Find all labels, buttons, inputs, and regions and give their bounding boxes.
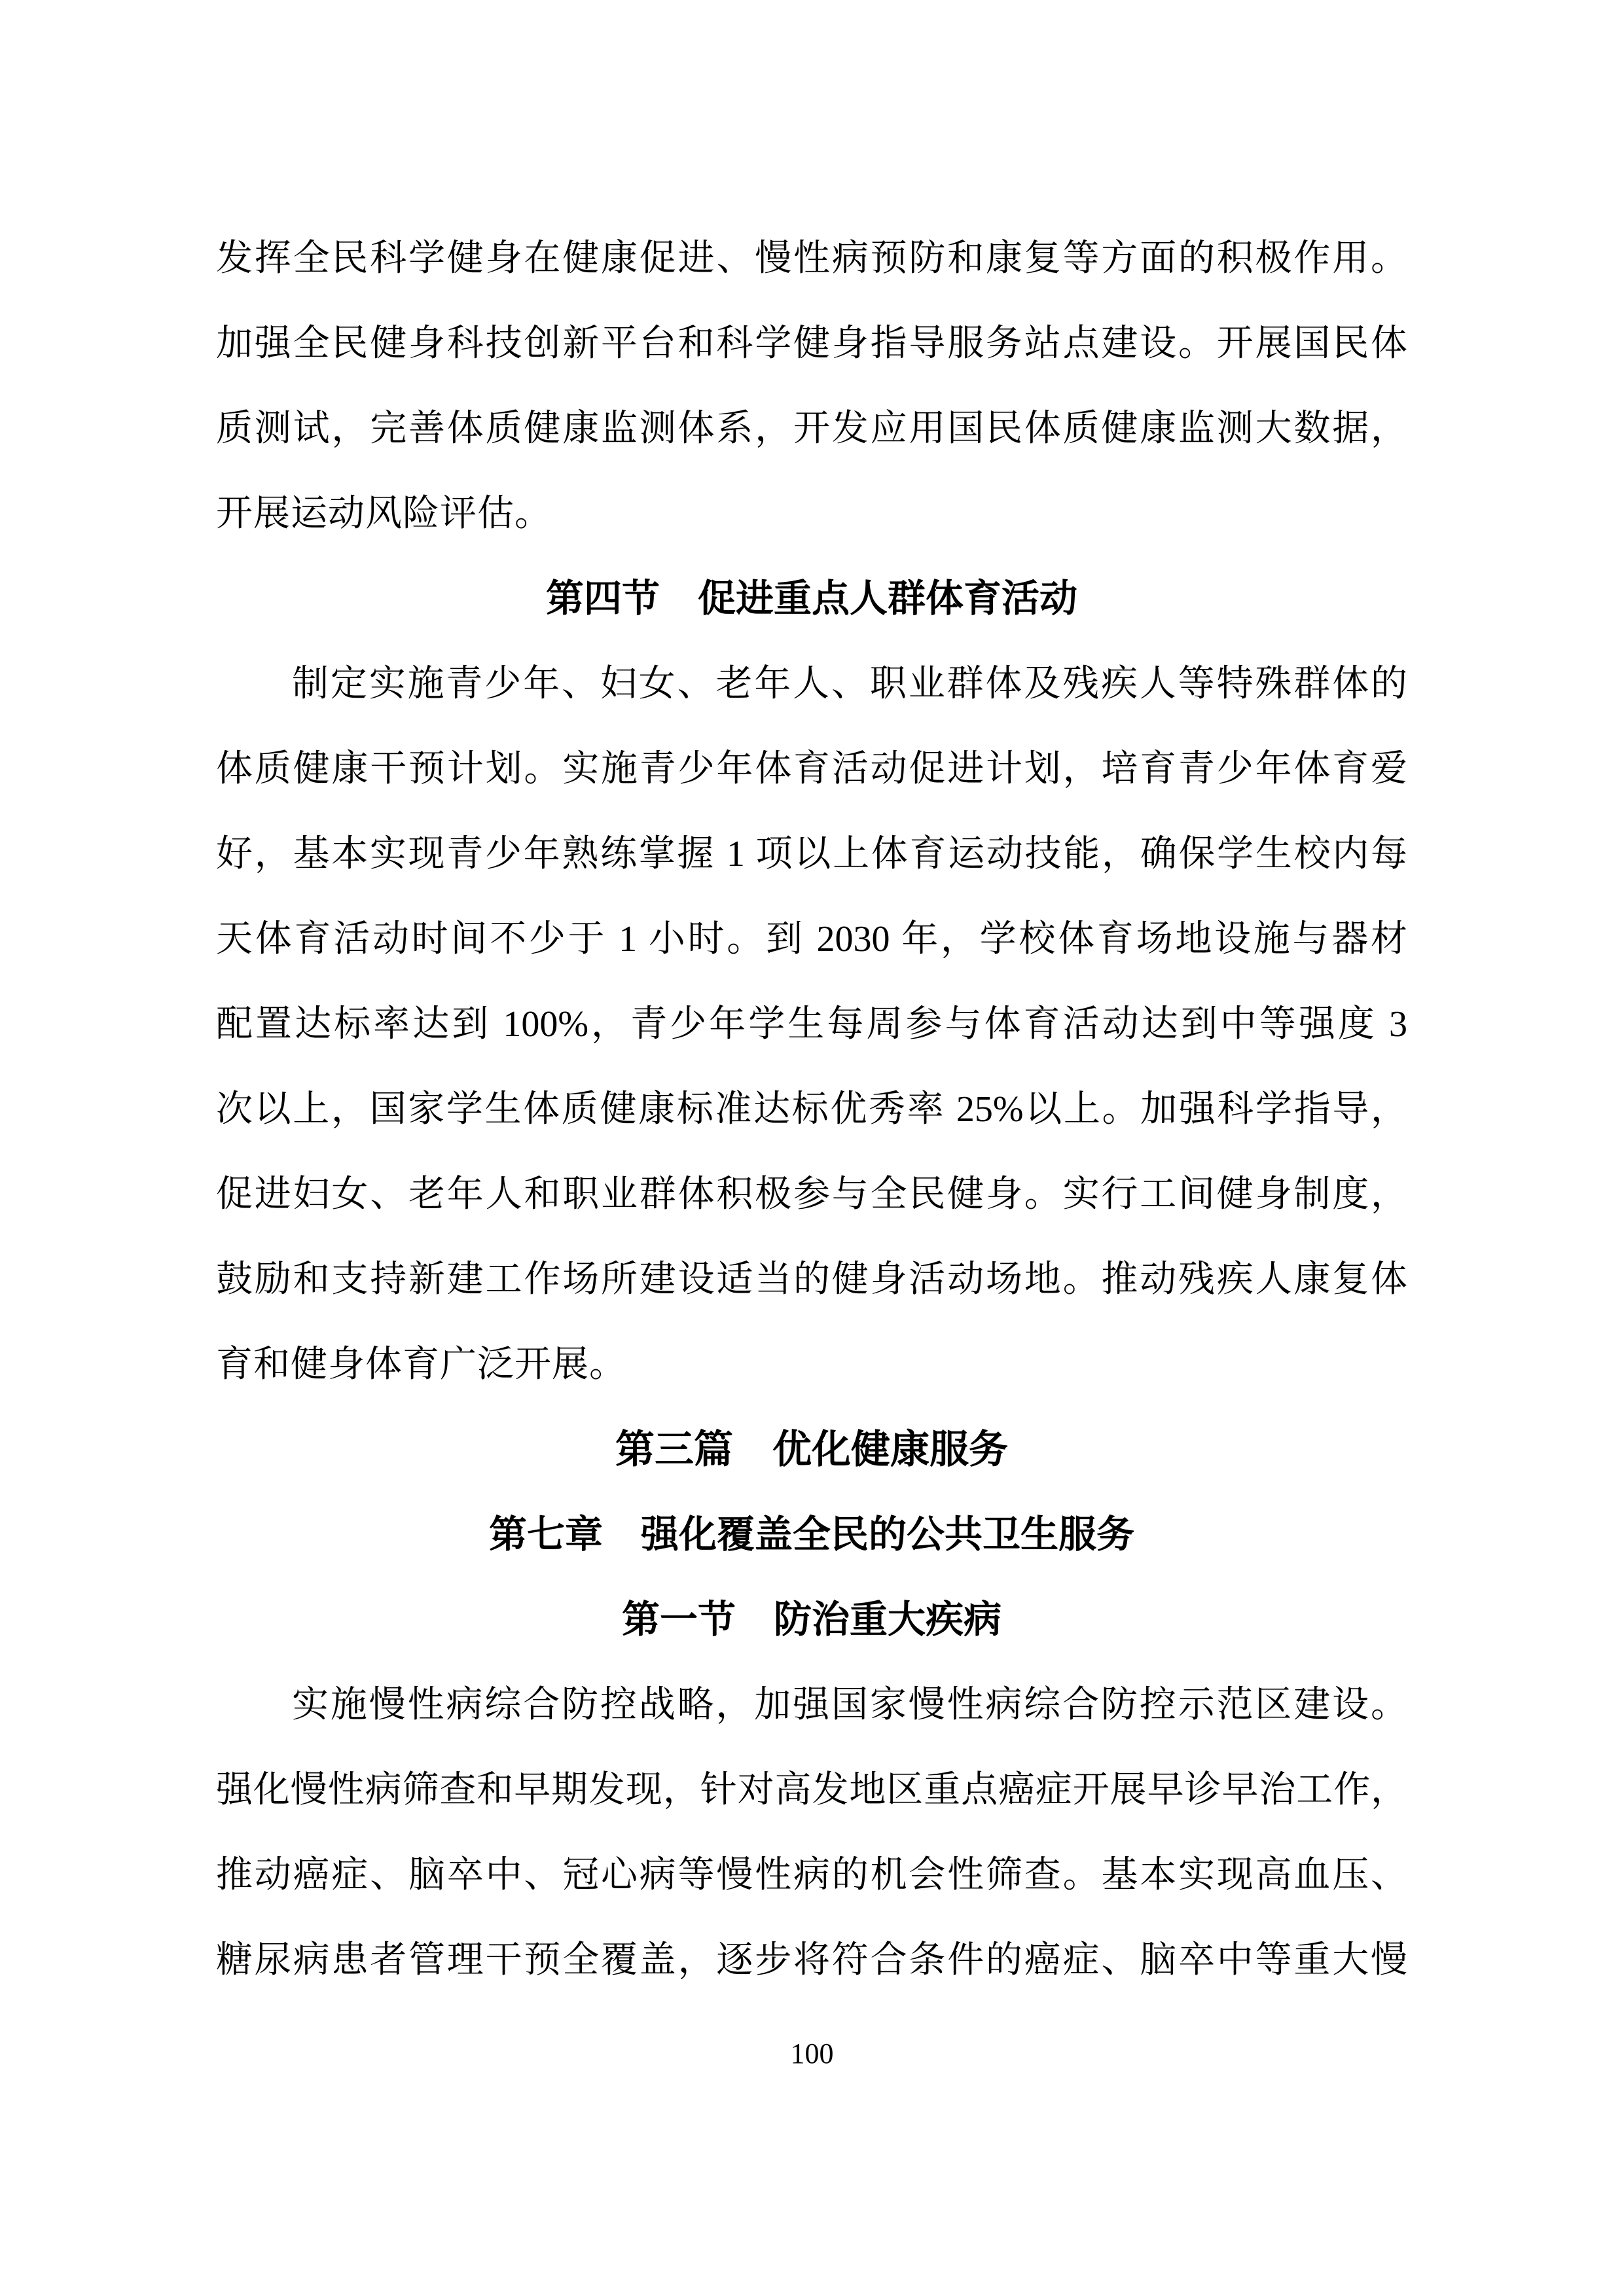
body-text-line: 鼓励和支持新建工作场所建设适当的健身活动场地。推动残疾人康复体: [216, 1237, 1407, 1322]
document-text-block: 发挥全民科学健身在健康促进、慢性病预防和康复等方面的积极作用。加强全民健身科技创…: [216, 216, 1407, 2003]
document-page: 发挥全民科学健身在健康促进、慢性病预防和康复等方面的积极作用。加强全民健身科技创…: [0, 0, 1624, 2296]
body-text-line: 发挥全民科学健身在健康促进、慢性病预防和康复等方面的积极作用。: [216, 216, 1407, 301]
heading-line: 第一节 防治重大疾病: [216, 1577, 1407, 1662]
body-text-line: 天体育活动时间不少于 1 小时。到 2030 年，学校体育场地设施与器材: [216, 897, 1407, 982]
heading-line: 第四节 促进重点人群体育活动: [216, 556, 1407, 641]
page-footer: 100: [0, 2034, 1624, 2073]
page-number: 100: [791, 2037, 834, 2070]
body-text-line: 育和健身体育广泛开展。: [216, 1322, 1407, 1407]
body-text-line: 质测试，完善体质健康监测体系，开发应用国民体质健康监测大数据，: [216, 386, 1407, 471]
body-text-line: 加强全民健身科技创新平台和科学健身指导服务站点建设。开展国民体: [216, 301, 1407, 386]
body-text-line: 制定实施青少年、妇女、老年人、职业群体及残疾人等特殊群体的: [216, 641, 1407, 726]
body-text-line: 实施慢性病综合防控战略，加强国家慢性病综合防控示范区建设。: [216, 1662, 1407, 1748]
body-text-line: 配置达标率达到 100%，青少年学生每周参与体育活动达到中等强度 3: [216, 982, 1407, 1067]
body-text-line: 次以上，国家学生体质健康标准达标优秀率 25%以上。加强科学指导，: [216, 1067, 1407, 1152]
body-text-line: 强化慢性病筛查和早期发现，针对高发地区重点癌症开展早诊早治工作，: [216, 1748, 1407, 1833]
body-text-line: 糖尿病患者管理干预全覆盖，逐步将符合条件的癌症、脑卒中等重大慢: [216, 1918, 1407, 2003]
heading-line: 第七章 强化覆盖全民的公共卫生服务: [216, 1492, 1407, 1577]
body-text-line: 促进妇女、老年人和职业群体积极参与全民健身。实行工间健身制度，: [216, 1152, 1407, 1237]
body-text-line: 体质健康干预计划。实施青少年体育活动促进计划，培育青少年体育爱: [216, 726, 1407, 812]
body-text-line: 开展运动风险评估。: [216, 471, 1407, 556]
body-text-line: 好，基本实现青少年熟练掌握 1 项以上体育运动技能，确保学生校内每: [216, 812, 1407, 897]
body-text-line: 推动癌症、脑卒中、冠心病等慢性病的机会性筛查。基本实现高血压、: [216, 1833, 1407, 1918]
heading-line: 第三篇 优化健康服务: [216, 1407, 1407, 1492]
